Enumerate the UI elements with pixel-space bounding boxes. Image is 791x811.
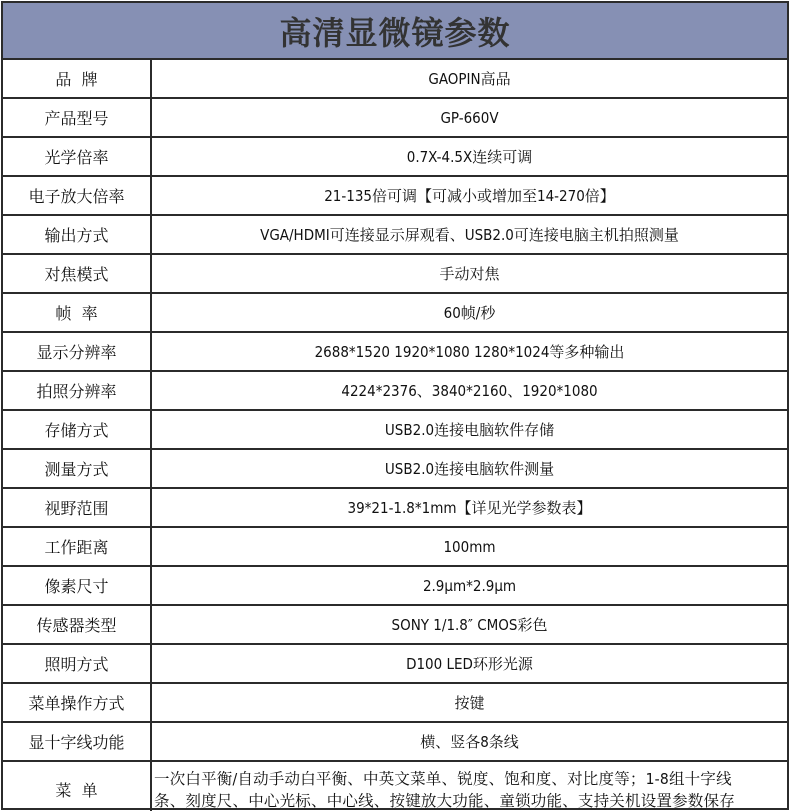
spec-row-crosshair: 显十字线功能 横、竖各8条线 xyxy=(3,723,787,762)
row-label: 输出方式 xyxy=(3,216,152,253)
row-value: 手动对焦 xyxy=(152,255,787,292)
spec-row-focus: 对焦模式 手动对焦 xyxy=(3,255,787,294)
row-value: USB2.0连接电脑软件测量 xyxy=(152,450,787,487)
row-label: 帧 率 xyxy=(3,294,152,331)
row-value: USB2.0连接电脑软件存储 xyxy=(152,411,787,448)
row-value: VGA/HDMI可连接显示屏观看、USB2.0可连接电脑主机拍照测量 xyxy=(152,216,787,253)
spec-table: 高清显微镜参数 品 牌 GAOPIN高品 产品型号 GP-660V 光学倍率 0… xyxy=(1,1,789,810)
spec-row-digital-magnification: 电子放大倍率 21-135倍可调【可减小或增加至14-270倍】 xyxy=(3,177,787,216)
row-label: 品 牌 xyxy=(3,60,152,97)
spec-row-measurement: 测量方式 USB2.0连接电脑软件测量 xyxy=(3,450,787,489)
spec-row-display-resolution: 显示分辨率 2688*1520 1920*1080 1280*1024等多种输出 xyxy=(3,333,787,372)
spec-row-frame-rate: 帧 率 60帧/秒 xyxy=(3,294,787,333)
spec-row-menu-operation: 菜单操作方式 按键 xyxy=(3,684,787,723)
spec-row-model: 产品型号 GP-660V xyxy=(3,99,787,138)
row-value: 21-135倍可调【可减小或增加至14-270倍】 xyxy=(152,177,787,214)
spec-row-optical-magnification: 光学倍率 0.7X-4.5X连续可调 xyxy=(3,138,787,177)
spec-row-brand: 品 牌 GAOPIN高品 xyxy=(3,60,787,99)
row-value: 2.9μm*2.9μm xyxy=(152,567,787,604)
row-label: 产品型号 xyxy=(3,99,152,136)
menu-line-2: 条、刻度尺、中心光标、中心线、按键放大功能、童锁功能、支持关机设置参数保存 xyxy=(154,790,735,811)
spec-row-menu: 菜 单 一次白平衡/自动手动白平衡、中英文菜单、锐度、饱和度、对比度等；1-8组… xyxy=(3,762,787,811)
row-label: 光学倍率 xyxy=(3,138,152,175)
row-label: 照明方式 xyxy=(3,645,152,682)
spec-row-storage: 存储方式 USB2.0连接电脑软件存储 xyxy=(3,411,787,450)
row-value: 4224*2376、3840*2160、1920*1080 xyxy=(152,372,787,409)
row-label: 显示分辨率 xyxy=(3,333,152,370)
page-title: 高清显微镜参数 xyxy=(279,8,510,54)
menu-line-1: 一次白平衡/自动手动白平衡、中英文菜单、锐度、饱和度、对比度等；1-8组十字线 xyxy=(154,768,735,790)
row-value: GP-660V xyxy=(152,99,787,136)
row-label: 菜 单 xyxy=(3,762,152,811)
spec-row-photo-resolution: 拍照分辨率 4224*2376、3840*2160、1920*1080 xyxy=(3,372,787,411)
row-value: GAOPIN高品 xyxy=(152,60,787,97)
row-label: 测量方式 xyxy=(3,450,152,487)
row-value: 按键 xyxy=(152,684,787,721)
spec-row-illumination: 照明方式 D100 LED环形光源 xyxy=(3,645,787,684)
row-value: 60帧/秒 xyxy=(152,294,787,331)
spec-row-working-distance: 工作距离 100mm xyxy=(3,528,787,567)
spec-row-field-of-view: 视野范围 39*21-1.8*1mm【详见光学参数表】 xyxy=(3,489,787,528)
row-label: 视野范围 xyxy=(3,489,152,526)
title-bar: 高清显微镜参数 xyxy=(3,3,787,60)
row-label: 菜单操作方式 xyxy=(3,684,152,721)
spec-row-pixel-size: 像素尺寸 2.9μm*2.9μm xyxy=(3,567,787,606)
row-label: 存储方式 xyxy=(3,411,152,448)
row-value: 39*21-1.8*1mm【详见光学参数表】 xyxy=(152,489,787,526)
spec-rows: 品 牌 GAOPIN高品 产品型号 GP-660V 光学倍率 0.7X-4.5X… xyxy=(3,60,787,811)
spec-row-sensor-type: 传感器类型 SONY 1/1.8″ CMOS彩色 xyxy=(3,606,787,645)
row-value: 2688*1520 1920*1080 1280*1024等多种输出 xyxy=(152,333,787,370)
row-label: 对焦模式 xyxy=(3,255,152,292)
row-label: 传感器类型 xyxy=(3,606,152,643)
row-value: 100mm xyxy=(152,528,787,565)
row-value: D100 LED环形光源 xyxy=(152,645,787,682)
row-value: 0.7X-4.5X连续可调 xyxy=(152,138,787,175)
row-value: SONY 1/1.8″ CMOS彩色 xyxy=(152,606,787,643)
row-label: 像素尺寸 xyxy=(3,567,152,604)
row-label: 显十字线功能 xyxy=(3,723,152,760)
row-label: 工作距离 xyxy=(3,528,152,565)
row-value: 横、竖各8条线 xyxy=(152,723,787,760)
row-label: 拍照分辨率 xyxy=(3,372,152,409)
row-value: 一次白平衡/自动手动白平衡、中英文菜单、锐度、饱和度、对比度等；1-8组十字线 … xyxy=(152,762,787,811)
row-label: 电子放大倍率 xyxy=(3,177,152,214)
spec-row-output: 输出方式 VGA/HDMI可连接显示屏观看、USB2.0可连接电脑主机拍照测量 xyxy=(3,216,787,255)
